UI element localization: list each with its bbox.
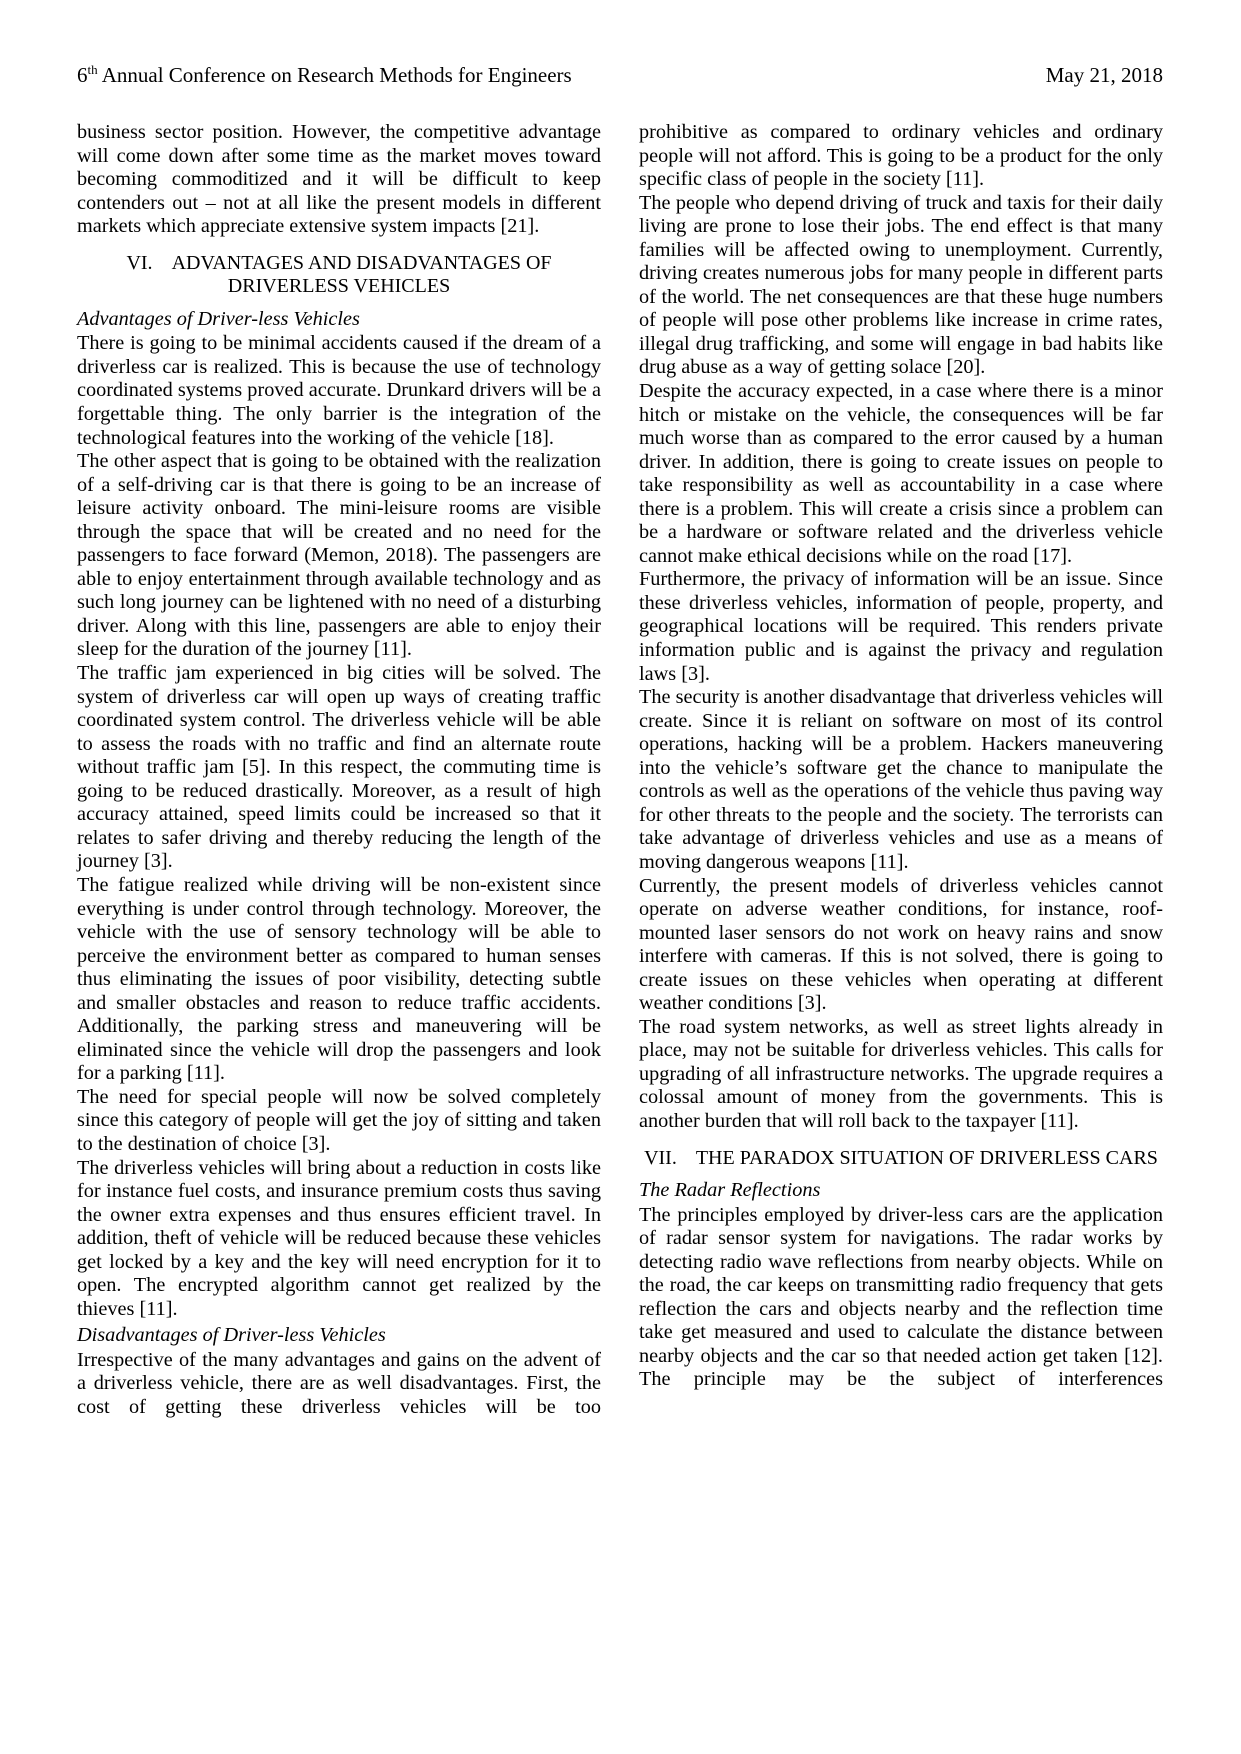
- subheading-radar-reflections: The Radar Reflections: [639, 1179, 1163, 1203]
- paragraph-advantages-4: The fatigue realized while driving will …: [77, 874, 601, 1086]
- paragraph-advantages-1: There is going to be minimal accidents c…: [77, 332, 601, 450]
- conference-name: Annual Conference on Research Methods fo…: [98, 63, 572, 87]
- conference-date: May 21, 2018: [1046, 62, 1163, 88]
- paragraph-disadvantages-1: Irrespective of the many advantages and …: [77, 1349, 601, 1420]
- left-column: business sector position. However, the c…: [77, 121, 601, 1420]
- conference-number: 6: [77, 63, 88, 87]
- section-vi-number: VI.: [126, 252, 152, 274]
- paragraph-privacy: Furthermore, the privacy of information …: [639, 568, 1163, 686]
- subheading-disadvantages: Disadvantages of Driver-less Vehicles: [77, 1324, 601, 1348]
- subheading-advantages: Advantages of Driver-less Vehicles: [77, 308, 601, 332]
- section-vii-title: THE PARADOX SITUATION OF DRIVERLESS CARS: [696, 1147, 1158, 1169]
- right-column: prohibitive as compared to ordinary vehi…: [639, 121, 1163, 1420]
- conference-ordinal: th: [88, 62, 98, 77]
- paragraph-continuation: business sector position. However, the c…: [77, 121, 601, 239]
- paragraph-jobs: The people who depend driving of truck a…: [639, 192, 1163, 380]
- paragraph-advantages-3: The traffic jam experienced in big citie…: [77, 662, 601, 874]
- section-vi-title: ADVANTAGES AND DISADVANTAGES OF DRIVERLE…: [172, 252, 552, 298]
- section-vii-number: VII.: [644, 1147, 677, 1169]
- paragraph-weather: Currently, the present models of driverl…: [639, 875, 1163, 1016]
- two-column-body: business sector position. However, the c…: [77, 121, 1163, 1420]
- paragraph-advantages-2: The other aspect that is going to be obt…: [77, 450, 601, 662]
- section-heading-vii: VII.THE PARADOX SITUATION OF DRIVERLESS …: [639, 1147, 1163, 1171]
- paper-page: 6th Annual Conference on Research Method…: [0, 0, 1241, 1754]
- paragraph-security: The security is another disadvantage tha…: [639, 686, 1163, 874]
- paragraph-advantages-6: The driverless vehicles will bring about…: [77, 1157, 601, 1322]
- page-header: 6th Annual Conference on Research Method…: [77, 62, 1163, 88]
- section-heading-vi: VI.ADVANTAGES AND DISADVANTAGES OF DRIVE…: [77, 252, 601, 299]
- paragraph-advantages-5: The need for special people will now be …: [77, 1086, 601, 1157]
- paragraph-radar-1: The principles employed by driver-less c…: [639, 1204, 1163, 1392]
- paragraph-cost-continuation: prohibitive as compared to ordinary vehi…: [639, 121, 1163, 192]
- paragraph-infrastructure: The road system networks, as well as str…: [639, 1016, 1163, 1134]
- paragraph-accuracy: Despite the accuracy expected, in a case…: [639, 380, 1163, 568]
- conference-title: 6th Annual Conference on Research Method…: [77, 62, 572, 88]
